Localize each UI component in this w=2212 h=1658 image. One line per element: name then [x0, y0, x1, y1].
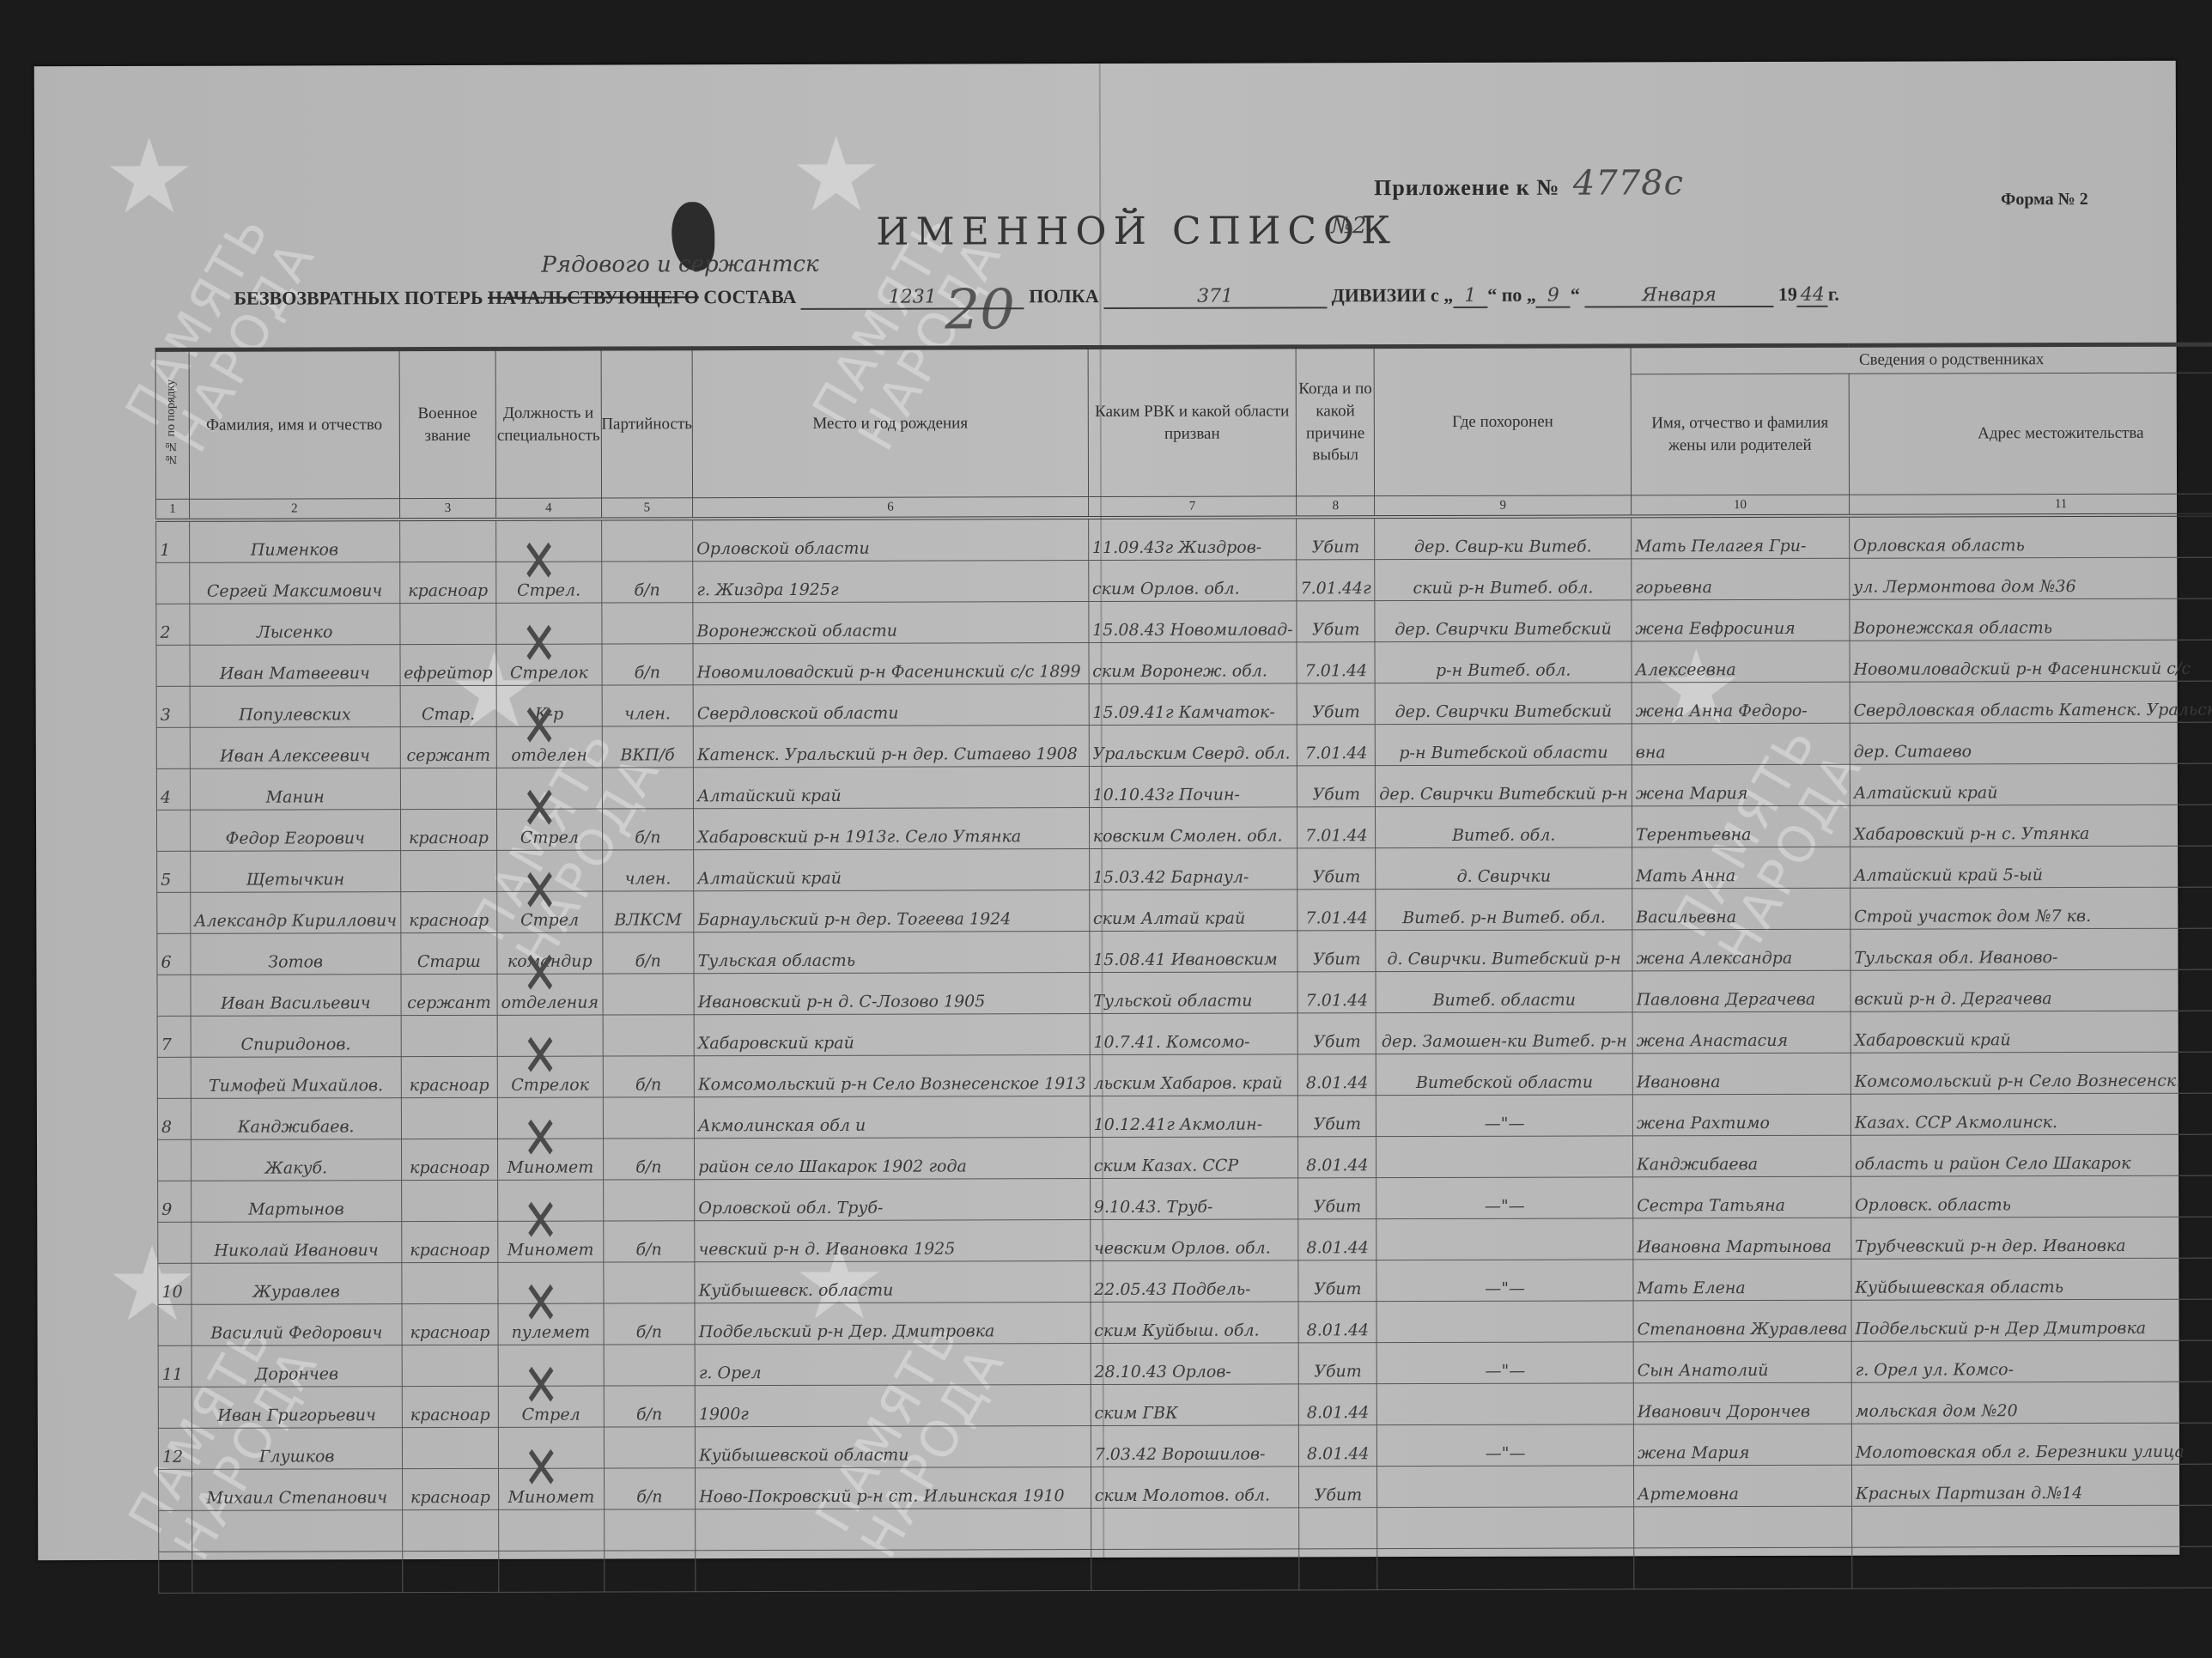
- relative-name: Павловна Дергачева: [1632, 970, 1850, 1012]
- row-number: [156, 810, 190, 851]
- date-reason: 7.01.44: [1297, 642, 1375, 683]
- date-reason: 8.01.44: [1298, 1302, 1376, 1343]
- burial-place: —"—: [1377, 1424, 1634, 1467]
- date-reason: Убит: [1298, 1178, 1376, 1219]
- birthplace-year: Новомиловадский р-н Фасенинский с/с 1899: [693, 643, 1089, 685]
- relative-name: жена Евфросиния: [1632, 599, 1850, 641]
- relative-name: жена Рахтимо: [1632, 1094, 1850, 1136]
- row-number: [156, 727, 190, 768]
- person-name: Мартынов: [191, 1181, 401, 1223]
- row-number: [157, 892, 191, 933]
- conscription-office: ским Куйбыш. обл.: [1091, 1302, 1299, 1344]
- position: ✕: [497, 1015, 603, 1056]
- relative-address: мольская дом №20: [1851, 1382, 2212, 1424]
- empty-cell: [159, 1552, 192, 1593]
- form-number: Форма № 2: [2001, 190, 2088, 210]
- relative-address: Свердловская область Катенск. Уральский …: [1850, 681, 2212, 723]
- date-reason: 7.01.44: [1297, 890, 1376, 931]
- person-name: Николай Иванович: [191, 1222, 402, 1264]
- burial-place: [1377, 1466, 1634, 1508]
- military-rank: красноар: [401, 1056, 498, 1097]
- position: ✕: [496, 768, 602, 809]
- burial-place: дер. Свирчки Витебский: [1375, 683, 1632, 725]
- row-number: [157, 975, 191, 1016]
- relative-name: Иванович Дорончев: [1633, 1382, 1851, 1424]
- empty-cell: [1091, 1549, 1299, 1591]
- military-rank: красноар: [402, 1303, 499, 1345]
- date-reason: 7.01.44: [1297, 972, 1376, 1013]
- table-row: Иван ВасильевичсержантотделенияИвановски…: [157, 969, 2212, 1016]
- conscription-office: ским Молотов. обл.: [1091, 1467, 1299, 1509]
- party-membership: б/п: [601, 562, 693, 603]
- military-rank: [400, 603, 497, 644]
- burial-place: дер. Свирчки Витебский: [1375, 600, 1632, 642]
- col-num: 9: [1375, 495, 1632, 517]
- person-name: Канджибаев.: [191, 1098, 401, 1140]
- position: К-р✕: [496, 685, 602, 726]
- birthplace-year: Орловской области: [693, 518, 1089, 562]
- party-membership: [603, 1262, 695, 1303]
- relative-name: Алексеевна: [1632, 641, 1850, 683]
- conscription-office: 15.09.41г Камчаток-: [1089, 683, 1297, 726]
- row-number: [158, 1222, 191, 1263]
- military-rank: красноар: [400, 809, 497, 850]
- date-reason: Убит: [1297, 1013, 1376, 1054]
- col-num: 8: [1297, 496, 1375, 518]
- relative-name: вна: [1632, 723, 1850, 765]
- person-name: Федор Егорович: [190, 810, 400, 852]
- col-header-birthplace: Место и год рождения: [692, 348, 1088, 498]
- party-membership: б/п: [603, 1139, 695, 1180]
- burial-place: [1376, 1136, 1633, 1178]
- subtitle-prefix: БЕЗВОЗВРАТНЫХ ПОТЕРЬ: [234, 287, 483, 309]
- relative-name: Артемовна: [1633, 1465, 1851, 1507]
- position: ✕: [496, 519, 602, 562]
- empty-cell: [402, 1509, 499, 1551]
- col-header-relatives-group: Сведения о родственниках: [1631, 344, 2212, 374]
- relative-address: Алтайский край: [1850, 763, 2212, 805]
- empty-cell: [696, 1550, 1091, 1592]
- empty-cell: [1377, 1507, 1634, 1549]
- party-membership: б/п: [603, 1056, 695, 1097]
- burial-place: —"—: [1376, 1260, 1633, 1302]
- relative-name: жена Анастасия: [1632, 1011, 1850, 1054]
- col-num: 4: [496, 498, 601, 519]
- table-row: Федор ЕгоровичкрасноарСтрелб/пХабаровски…: [156, 805, 2212, 851]
- military-rank: ефрейтор: [400, 644, 497, 685]
- empty-cell: [604, 1551, 696, 1592]
- conscription-office: 10.10.43г Почин-: [1089, 766, 1297, 808]
- stamp-number: 4778с: [1573, 163, 1684, 203]
- conscription-office: 28.10.43 Орлов-: [1091, 1343, 1299, 1385]
- row-number: [157, 1057, 191, 1098]
- date-reason: 7.01.44г: [1297, 560, 1375, 601]
- conscription-office: ским Орлов. обл.: [1088, 560, 1297, 602]
- relative-name: Сестра Татьяна: [1633, 1176, 1851, 1218]
- relative-address: Алтайский край 5-ый: [1850, 846, 2212, 888]
- military-rank: Старш: [401, 932, 498, 974]
- table-row: Михаил СтепановичкрасноарМинометб/пНово-…: [159, 1464, 2212, 1510]
- birthplace-year: Куйбышевской области: [695, 1426, 1091, 1468]
- conscription-office: 11.09.43г Жиздров-: [1088, 517, 1297, 560]
- burial-place: —"—: [1376, 1342, 1633, 1384]
- military-rank: [401, 1180, 498, 1221]
- military-rank: сержант: [400, 726, 497, 768]
- relative-address: Строй участок дом №7 кв.: [1850, 887, 2212, 929]
- position: ✕: [498, 1180, 604, 1221]
- position: Стрел: [498, 1386, 604, 1427]
- party-membership: член.: [602, 685, 694, 726]
- col-header-party: Партийность: [601, 349, 693, 498]
- conscription-office: 10.7.41. Комсомо-: [1090, 1013, 1298, 1055]
- burial-place: Витеб. области: [1376, 971, 1632, 1013]
- burial-place: д. Свирчки. Витебский р-н: [1376, 930, 1632, 972]
- table-row: Николай ИвановичкрасноарМинометб/пчевски…: [158, 1217, 2212, 1263]
- party-membership: [602, 974, 694, 1015]
- table-row: Александр КирилловичкрасноарСтрелВЛКСМБа…: [157, 887, 2212, 933]
- party-membership: ВЛКСМ: [602, 891, 694, 932]
- position: Стрелок: [496, 644, 602, 685]
- conscription-office: 15.03.42 Барнаул-: [1089, 848, 1297, 890]
- conscription-office: Уральским Сверд. обл.: [1089, 725, 1297, 767]
- date-reason: Убит: [1297, 848, 1376, 890]
- burial-place: Витебской области: [1376, 1054, 1633, 1096]
- person-name: Иван Григорьевич: [191, 1387, 402, 1429]
- col-header-buried: Где похоронен: [1374, 346, 1631, 496]
- stamp-prefix: Приложение к №: [1374, 175, 1559, 201]
- party-membership: [603, 1180, 695, 1221]
- empty-cell: [1852, 1546, 2212, 1588]
- row-number: [159, 1469, 192, 1510]
- position: Стрелок: [497, 1056, 603, 1097]
- birthplace-year: Катенск. Уральский р-н дер. Ситаево 1908: [693, 726, 1089, 768]
- person-name: Щетычкин: [190, 851, 400, 893]
- party-membership: [604, 1345, 696, 1386]
- conscription-office: 9.10.43. Труб-: [1090, 1178, 1298, 1220]
- table-row: 9Мартынов✕Орловской обл. Труб-9.10.43. Т…: [158, 1175, 2212, 1222]
- row-number: 8: [157, 1098, 191, 1139]
- burial-place: дер. Свирчки Витебский р-н: [1376, 765, 1632, 807]
- birthplace-year: Хабаровский край: [694, 1014, 1090, 1056]
- relative-name: Васильевна: [1632, 888, 1850, 930]
- relative-address: вский р-н д. Дергачева: [1850, 969, 2212, 1011]
- table-row: 2Лысенко✕Воронежской области15.08.43 Нов…: [156, 598, 2212, 645]
- position: ✕: [496, 603, 602, 644]
- party-membership: б/п: [604, 1303, 696, 1345]
- birthplace-year: Куйбышевск. области: [695, 1261, 1091, 1303]
- empty-cell: [1091, 1508, 1299, 1550]
- col-header-number: №№ по порядку: [155, 349, 189, 499]
- table-row: 4Манин✕Алтайский край10.10.43г Почин-Уби…: [156, 763, 2212, 810]
- date-reason: Убит: [1297, 517, 1375, 560]
- military-rank: [399, 519, 496, 562]
- table-row: 6ЗотовСтаршкомандир✕б/пТульская область1…: [157, 928, 2212, 975]
- person-name: Иван Алексеевич: [190, 727, 400, 769]
- relative-address: Трубчевский р-н дер. Ивановка: [1851, 1217, 2212, 1259]
- division-number: 371: [1103, 285, 1327, 309]
- col-header-when-why: Когда и по какой причине выбыл: [1296, 347, 1375, 496]
- birthplace-year: Барнаульский р-н дер. Тогеева 1924: [694, 890, 1090, 932]
- regiment-label: ПОЛКА: [1029, 285, 1098, 307]
- birthplace-year: 1900г: [695, 1385, 1091, 1427]
- military-rank: [402, 1262, 499, 1303]
- date-reason: 8.01.44: [1298, 1384, 1376, 1425]
- relative-address: Хабаровский край: [1850, 1011, 2212, 1053]
- relative-name: Степановна Журавлева: [1633, 1300, 1851, 1342]
- watermark-star-icon: ★: [790, 116, 883, 235]
- birthplace-year: Ивановский р-н д. С-Лозово 1905: [694, 973, 1090, 1015]
- conscription-office: Тульской области: [1090, 972, 1298, 1014]
- party-membership: [601, 519, 693, 562]
- table-row: 10Журавлев✕Куйбышевск. области22.05.43 П…: [158, 1258, 2212, 1304]
- burial-place: [1376, 1218, 1633, 1260]
- relative-address: Новомиловадский р-н Фасенинский с/с: [1850, 640, 2212, 682]
- archive-stamp: Приложение к № 4778с: [1374, 163, 1684, 203]
- empty-cell: [159, 1510, 192, 1552]
- empty-row: [159, 1546, 2212, 1593]
- position: ✕: [497, 1097, 603, 1139]
- military-rank: красноар: [402, 1386, 499, 1427]
- person-name: Пименков: [189, 519, 399, 562]
- birthplace-year: Алтайский край: [693, 767, 1089, 809]
- year-suffix: 44: [1797, 284, 1828, 307]
- relative-address: Воронежская область: [1850, 598, 2212, 641]
- row-number: 7: [157, 1016, 191, 1057]
- table-row: Василий Федоровичкрасноарпулеметб/пПодбе…: [158, 1299, 2212, 1345]
- empty-cell: [1634, 1506, 1852, 1548]
- burial-place: Витеб. обл.: [1376, 806, 1632, 848]
- conscription-office: 15.08.43 Новомиловад-: [1089, 601, 1297, 643]
- col-num: 5: [601, 498, 693, 519]
- relative-address: Орловск. область: [1850, 1175, 2212, 1218]
- relative-name: жена Анна Федоро-: [1632, 682, 1850, 724]
- table-row: 12Глушков✕Куйбышевской области7.03.42 Во…: [158, 1423, 2212, 1469]
- position: отделения: [497, 974, 603, 1015]
- from-day: 1: [1453, 285, 1487, 308]
- date-reason: Убит: [1298, 1260, 1376, 1302]
- col-num: 7: [1088, 496, 1297, 518]
- person-name: Манин: [190, 768, 400, 811]
- party-membership: [603, 1015, 695, 1056]
- person-name: Лысенко: [190, 604, 400, 646]
- burial-place: р-н Витеб. обл.: [1375, 641, 1632, 683]
- col-header-position: Должность и специальность: [495, 349, 601, 498]
- month: Января: [1584, 284, 1773, 308]
- table-row: 3ПопулевскихСтар.К-р✕член.Свердловской о…: [156, 681, 2212, 727]
- table-row: 7Спиридонов.✕Хабаровский край10.7.41. Ко…: [157, 1011, 2212, 1057]
- conscription-office: ским Алтай край: [1089, 890, 1297, 932]
- col-header-address: Адрес местожительства: [1849, 373, 2212, 495]
- table-row: 1Пименков✕Орловской области11.09.43г Жиз…: [156, 514, 2212, 562]
- row-number: 11: [158, 1345, 191, 1387]
- casualty-table: №№ по порядку Фамилия, имя и отчество Во…: [155, 342, 2212, 1593]
- empty-cell: [696, 1509, 1091, 1551]
- row-number: [157, 1139, 191, 1181]
- watermark-star-icon: ★: [103, 118, 196, 237]
- conscription-office: чевским Орлов. обл.: [1090, 1219, 1298, 1261]
- military-rank: Стар.: [400, 685, 497, 726]
- position: отделен: [496, 726, 602, 768]
- col-header-rvk: Каким РВК и какой области призван: [1088, 347, 1297, 497]
- party-membership: б/п: [602, 809, 694, 850]
- col-num: 11: [1849, 494, 2212, 516]
- birthplace-year: Ново-Покровский р-н ст. Ильинская 1910: [696, 1467, 1091, 1509]
- birthplace-year: Орловской обл. Труб-: [695, 1179, 1091, 1221]
- relative-address: Красных Партизан д.№14: [1851, 1464, 2212, 1506]
- position: Миномет: [499, 1468, 605, 1509]
- row-number: 2: [156, 604, 190, 645]
- col-num: 3: [399, 498, 495, 519]
- military-rank: красноар: [399, 562, 496, 603]
- conscription-office: ковским Смолен. обл.: [1089, 807, 1297, 849]
- birthplace-year: Комсомольский р-н Село Вознесенское 1913: [694, 1055, 1090, 1097]
- relative-name: Мать Пелагея Гри-: [1632, 516, 1850, 559]
- relative-address: г. Орел ул. Комсо-: [1851, 1340, 2212, 1382]
- party-membership: [604, 1427, 696, 1468]
- party-membership: б/п: [601, 644, 693, 685]
- birthplace-year: Подбельский р-н Дер. Дмитровка: [695, 1303, 1091, 1345]
- conscription-office: льским Хабаров. край: [1090, 1054, 1298, 1096]
- col-header-name: Фамилия, имя и отчество: [189, 349, 399, 500]
- person-name: Журавлев: [191, 1263, 402, 1305]
- row-number: 10: [158, 1263, 191, 1304]
- date-reason: Убит: [1298, 1343, 1376, 1384]
- date-reason: Убит: [1298, 1096, 1376, 1137]
- row-number: 6: [157, 933, 191, 975]
- to-label: по: [1502, 284, 1522, 306]
- table-row: Иван ГригорьевичкрасноарСтрелб/п1900гски…: [158, 1382, 2212, 1428]
- relative-name: Ивановна Мартынова: [1633, 1218, 1851, 1260]
- row-number: [158, 1387, 191, 1428]
- position: пулемет: [498, 1303, 604, 1345]
- col-num: 2: [189, 499, 399, 520]
- person-name: Популевских: [190, 686, 400, 728]
- party-membership: [603, 1097, 695, 1139]
- military-rank: [400, 768, 497, 809]
- position: ✕: [497, 850, 603, 891]
- table-row: Жакуб.красноарМинометб/прайон село Шакар…: [157, 1134, 2212, 1181]
- col-num: 6: [693, 497, 1089, 519]
- position: Стрел: [497, 809, 603, 850]
- title-handwritten-number: №2: [1331, 213, 1366, 239]
- empty-cell: [1299, 1508, 1377, 1549]
- person-name: Зотов: [191, 933, 401, 975]
- party-membership: член.: [602, 850, 694, 891]
- row-number: 4: [156, 768, 190, 810]
- position: Миномет: [498, 1221, 604, 1262]
- burial-place: —"—: [1376, 1177, 1633, 1219]
- relative-name: Мать Елена: [1633, 1259, 1851, 1301]
- relative-name: Мать Анна: [1632, 847, 1850, 889]
- military-rank: красноар: [401, 1139, 498, 1180]
- burial-place: ский р-н Витеб. обл.: [1375, 559, 1632, 601]
- empty-cell: [402, 1551, 499, 1592]
- person-name: Сергей Максимович: [190, 562, 400, 604]
- regiment-number: 1231: [801, 286, 1024, 310]
- military-rank: [401, 1097, 498, 1139]
- person-name: Дорончев: [191, 1345, 402, 1388]
- birthplace-year: Воронежской области: [693, 602, 1089, 644]
- military-rank: красноар: [402, 1468, 499, 1509]
- person-name: Василий Федорович: [191, 1304, 402, 1346]
- military-rank: [400, 850, 497, 891]
- row-number: 5: [157, 851, 191, 892]
- empty-cell: [1377, 1548, 1634, 1590]
- position: Стрел: [497, 891, 603, 932]
- relative-address: Куйбышевская область: [1851, 1258, 2212, 1300]
- burial-place: —"—: [1376, 1095, 1633, 1137]
- military-rank: сержант: [401, 974, 498, 1015]
- relative-name: Терентьевна: [1632, 805, 1850, 847]
- burial-place: дер. Свир-ки Витеб.: [1375, 516, 1632, 559]
- person-name: Спиридонов.: [191, 1016, 401, 1058]
- burial-place: д. Свирчки: [1376, 847, 1632, 890]
- burial-place: [1377, 1383, 1634, 1425]
- col-num: 1: [156, 499, 190, 520]
- party-membership: б/п: [604, 1386, 696, 1427]
- position: ✕: [498, 1427, 604, 1468]
- date-reason: Убит: [1297, 601, 1375, 642]
- birthplace-year: Хабаровский р-н 1913г. Село Утянка: [694, 808, 1090, 850]
- birthplace-year: Акмолинская обл и: [694, 1096, 1090, 1139]
- table-row: Иван МатвеевичефрейторСтрелокб/пНовомило…: [156, 640, 2212, 686]
- person-name: Александр Кириллович: [191, 892, 401, 934]
- position: командир✕: [497, 932, 603, 974]
- row-number: [158, 1304, 191, 1345]
- person-name: Жакуб.: [191, 1139, 401, 1181]
- party-membership: [602, 768, 694, 809]
- subtitle-line: БЕЗВОЗВРАТНЫХ ПОТЕРЬ НАЧАЛЬСТВУЮЩЕГО СОС…: [234, 283, 1839, 312]
- date-reason: Убит: [1299, 1467, 1377, 1508]
- row-number: 1: [156, 520, 190, 563]
- military-rank: [402, 1345, 499, 1386]
- row-number: [156, 645, 190, 686]
- date-reason: 7.01.44: [1297, 725, 1375, 766]
- relative-name: жена Александра: [1632, 929, 1850, 971]
- col-header-relative-name: Имя, отчество и фамилия жены или родител…: [1631, 374, 1849, 495]
- party-membership: ВКП/б: [602, 726, 694, 768]
- subtitle-sostava: СОСТАВА: [703, 286, 796, 307]
- empty-cell: [499, 1509, 605, 1551]
- birthplace-year: Свердловской области: [693, 684, 1089, 726]
- empty-cell: [192, 1552, 403, 1594]
- date-reason: 8.01.44: [1298, 1137, 1376, 1178]
- relative-name: жена Мария: [1633, 1424, 1851, 1466]
- table-row: 5Щетычкин✕член.Алтайский край15.03.42 Ба…: [157, 846, 2212, 892]
- empty-cell: [1851, 1505, 2212, 1547]
- col-num: 10: [1632, 495, 1850, 516]
- table-row: 11Дорончев✕г. Орел28.10.43 Орлов-Убит—"—…: [158, 1340, 2212, 1387]
- conscription-office: 22.05.43 Подбель-: [1091, 1260, 1299, 1303]
- row-number: [156, 562, 190, 604]
- person-name: Глушков: [191, 1428, 402, 1470]
- empty-cell: [499, 1551, 605, 1592]
- date-reason: 8.01.44: [1297, 1054, 1376, 1096]
- burial-place: Витеб. р-н Витеб. обл.: [1376, 889, 1632, 931]
- person-name: Иван Васильевич: [191, 975, 401, 1017]
- division-label: ДИВИЗИИ с: [1332, 284, 1439, 306]
- person-name: Иван Матвеевич: [190, 645, 400, 687]
- position: ✕: [498, 1345, 604, 1386]
- empty-cell: [604, 1509, 696, 1551]
- col-header-rank: Военное звание: [399, 349, 496, 498]
- burial-place: [1376, 1301, 1633, 1343]
- table-row: Сергей МаксимовичкрасноарСтрел.б/пг. Жиз…: [156, 557, 2212, 604]
- empty-cell: [1634, 1547, 1852, 1589]
- party-membership: б/п: [604, 1468, 696, 1509]
- party-membership: б/п: [602, 932, 694, 974]
- birthplace-year: Тульская область: [694, 932, 1090, 974]
